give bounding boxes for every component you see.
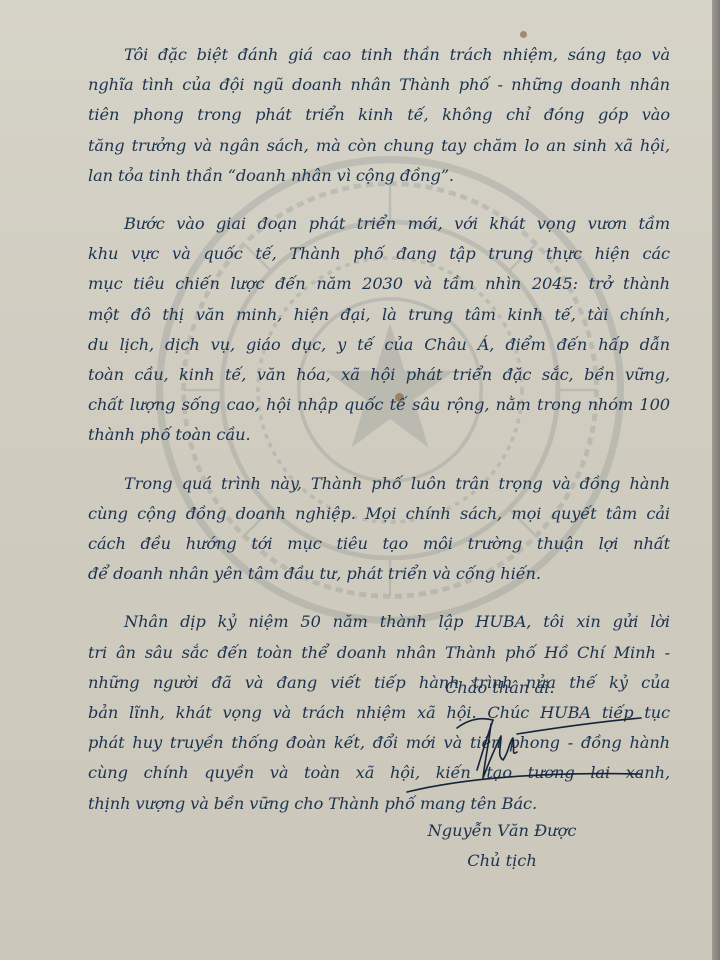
paper-stain: [520, 31, 527, 38]
text-line: chất lượng sống cao, hội nhập quốc tế sâ…: [88, 390, 670, 420]
text-line: Trong quá trình này, Thành phố luôn trân…: [88, 469, 670, 499]
signer-block: Nguyễn Văn Được Chủ tịch: [412, 816, 592, 876]
text-line: toàn cầu, kinh tế, văn hóa, xã hội phát …: [88, 360, 670, 390]
text-line: khu vực và quốc tế, Thành phố đang tập t…: [88, 239, 670, 269]
letter-page: Tôi đặc biệt đánh giá cao tinh thần trác…: [0, 0, 712, 960]
signer-name: Nguyễn Văn Được: [412, 816, 592, 846]
text-line: nghĩa tình của đội ngũ doanh nhân Thành …: [88, 70, 670, 100]
text-line: Bước vào giai đoạn phát triển mới, với k…: [88, 209, 670, 239]
text-line: tri ân sâu sắc đến toàn thể doanh nhân T…: [88, 638, 670, 668]
text-line: thành phố toàn cầu.: [88, 420, 670, 450]
text-line: mục tiêu chiến lược đến năm 2030 và tầm …: [88, 269, 670, 299]
closing-salutation: Chào thân ái.: [445, 678, 554, 697]
text-line: cách đều hướng tới mục tiêu tạo môi trườ…: [88, 529, 670, 559]
text-line: Nhân dịp kỷ niệm 50 năm thành lập HUBA, …: [88, 607, 670, 637]
page-edge-shadow: [712, 0, 720, 960]
paragraph-1: Tôi đặc biệt đánh giá cao tinh thần trác…: [88, 40, 670, 191]
paragraph-2: Bước vào giai đoạn phát triển mới, với k…: [88, 209, 670, 451]
text-line: một đô thị văn minh, hiện đại, là trung …: [88, 300, 670, 330]
text-line: tăng trưởng và ngân sách, mà còn chung t…: [88, 131, 670, 161]
text-line: tiên phong trong phát triển kinh tế, khô…: [88, 100, 670, 130]
text-line: những người đã và đang viết tiếp hành tr…: [88, 668, 670, 698]
text-line: để doanh nhân yên tâm đầu tư, phát triển…: [88, 559, 670, 589]
text-line: lan tỏa tinh thần “doanh nhân vì cộng đồ…: [88, 161, 670, 191]
text-line: cùng cộng đồng doanh nghiệp. Mọi chính s…: [88, 499, 670, 529]
paragraph-3: Trong quá trình này, Thành phố luôn trân…: [88, 469, 670, 590]
signer-title: Chủ tịch: [412, 846, 592, 876]
signature-icon: [405, 712, 645, 802]
text-line: Tôi đặc biệt đánh giá cao tinh thần trác…: [88, 40, 670, 70]
text-line: du lịch, dịch vụ, giáo dục, y tế của Châ…: [88, 330, 670, 360]
